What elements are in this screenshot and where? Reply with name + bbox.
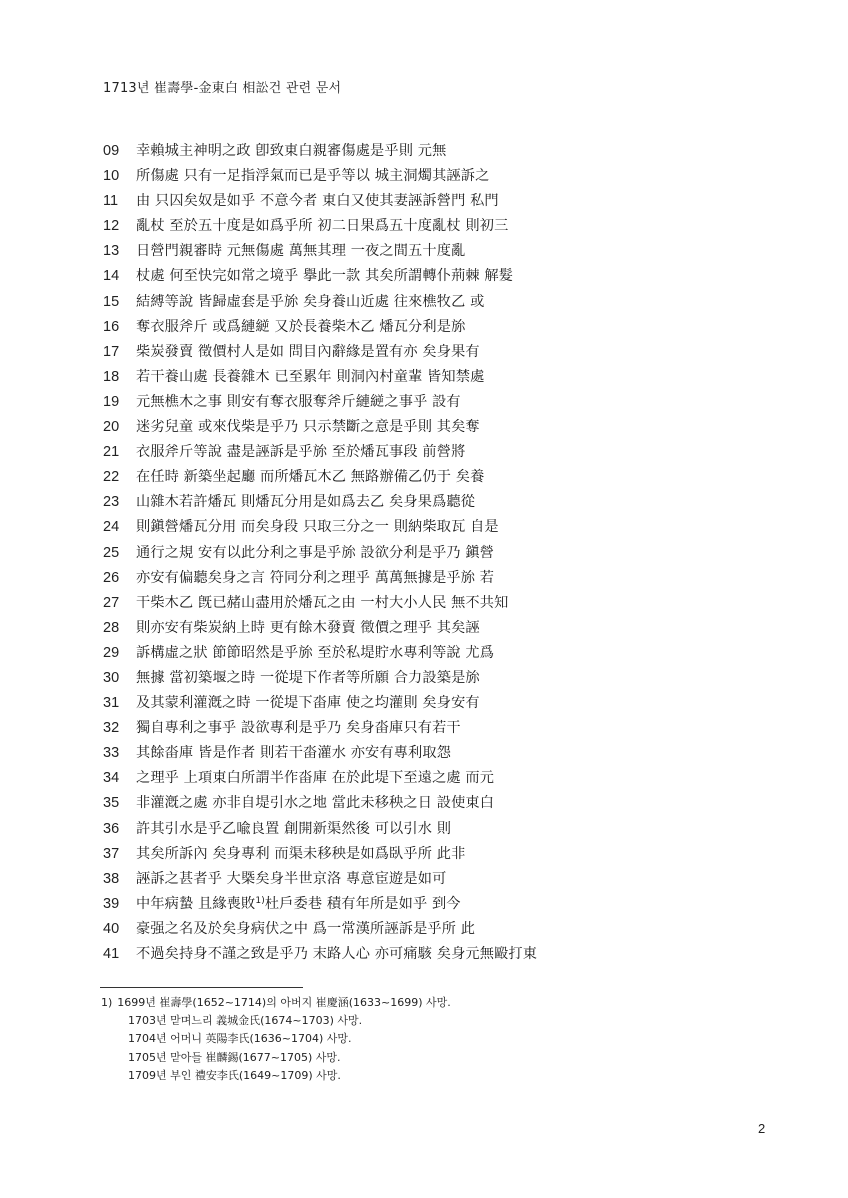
line-number: 12 [103,214,136,239]
text-line: 14杖處 何至快完如常之境乎 擧此一款 其矣所謂轉仆荊棘 解髮 [103,264,743,289]
line-text: 在任時 新築坐起廳 而所燔瓦木乙 無路辦備乙仍于 矣養 [136,465,484,490]
page-number: 2 [758,1121,765,1136]
line-text: 不過矣持身不謹之致是乎乃 末路人心 亦可痛駭 矣身元無毆打東 [136,942,537,967]
text-line: 13日營門親審時 元無傷處 萬無其理 一夜之間五十度亂 [103,239,743,264]
footnotes: 1)1699년 崔壽學(1652~1714)의 아버지 崔慶涵(1633~169… [101,994,451,1085]
line-text: 由 只囚矣奴是如乎 不意今者 東白又使其妻誣訴營門 私門 [136,189,499,214]
footnote-entry: 1705년 맏아들 崔麟錫(1677~1705) 사망. [101,1049,451,1067]
footnote-text: 1699년 崔壽學(1652~1714)의 아버지 崔慶涵(1633~1699)… [117,996,450,1009]
text-line: 31及其蒙利灌漑之時 一從堤下畓庫 使之均灌則 矣身安有 [103,691,743,716]
line-number: 09 [103,139,136,164]
line-text: 中年病蟄 且緣喪敗1)杜戶委巷 積有年所是如乎 到今 [136,892,461,917]
line-number: 16 [103,315,136,340]
text-line: 27干柴木乙 旣已赭山盡用於燔瓦之由 一村大小人民 無不共知 [103,591,743,616]
line-number: 21 [103,440,136,465]
line-text: 元無樵木之事 則安有奪衣服奪斧斤縺縌之事乎 設有 [136,390,461,415]
line-number: 11 [103,189,136,214]
line-text: 之理乎 上項東白所謂半作畓庫 在於此堤下至遠之處 而元 [136,766,494,791]
line-text: 幸賴城主神明之政 卽致東白親審傷處是乎則 元無 [136,139,446,164]
line-text: 干柴木乙 旣已赭山盡用於燔瓦之由 一村大小人民 無不共知 [136,591,508,616]
document-header: 1713년 崔壽學-金東白 相訟건 관련 문서 [103,77,341,96]
footnote-reference[interactable]: 1) [255,896,265,906]
text-line: 24則鎭營燔瓦分用 而矣身段 只取三分之一 則納柴取瓦 自是 [103,515,743,540]
line-text: 亦安有偏聽矣身之言 符同分利之理乎 萬萬無據是乎旀 若 [136,566,494,591]
line-text: 非灌漑之處 亦非自堤引水之地 當此未移秧之日 設使東白 [136,791,494,816]
line-text: 奪衣服斧斤 或爲縺縌 又於長養柴木乙 燔瓦分利是旀 [136,315,465,340]
line-number: 10 [103,164,136,189]
text-line: 30無據 當初築堰之時 一從堤下作者等所願 合力設築是旀 [103,666,743,691]
line-number: 34 [103,766,136,791]
line-number: 18 [103,365,136,390]
line-text: 則鎭營燔瓦分用 而矣身段 只取三分之一 則納柴取瓦 自是 [136,515,499,540]
line-number: 41 [103,942,136,967]
text-line: 09幸賴城主神明之政 卽致東白親審傷處是乎則 元無 [103,139,743,164]
line-number: 38 [103,867,136,892]
footnote-separator [100,987,303,988]
line-number: 33 [103,741,136,766]
line-number: 30 [103,666,136,691]
text-line-with-footnote: 39中年病蟄 且緣喪敗1)杜戶委巷 積有年所是如乎 到今 [103,892,743,917]
footnote-entry: 1)1699년 崔壽學(1652~1714)의 아버지 崔慶涵(1633~169… [101,994,451,1012]
line-number: 14 [103,264,136,289]
line-text: 豪强之名及於矣身病伏之中 爲一常漢所誣訴是乎所 此 [136,917,475,942]
text-line: 18若干養山處 長養雜木 已至累年 則洞內村童輩 皆知禁處 [103,365,743,390]
line-number: 31 [103,691,136,716]
line-number: 37 [103,842,136,867]
line-text: 其矣所訴內 矣身專利 而渠未移秧是如爲臥乎所 此非 [136,842,465,867]
line-number: 13 [103,239,136,264]
text-line: 22在任時 新築坐起廳 而所燔瓦木乙 無路辦備乙仍于 矣養 [103,465,743,490]
line-text: 柴炭發賣 徵價村人是如 問目內辭緣是置有亦 矣身果有 [136,340,480,365]
line-text: 杖處 何至快完如常之境乎 擧此一款 其矣所謂轉仆荊棘 解髮 [136,264,513,289]
text-line: 40豪强之名及於矣身病伏之中 爲一常漢所誣訴是乎所 此 [103,917,743,942]
line-text: 日營門親審時 元無傷處 萬無其理 一夜之間五十度亂 [136,239,465,264]
line-number: 24 [103,515,136,540]
line-number: 28 [103,616,136,641]
footnote-marker: 1) [101,996,112,1009]
text-line: 35非灌漑之處 亦非自堤引水之地 當此未移秧之日 設使東白 [103,791,743,816]
line-number: 15 [103,290,136,315]
line-number: 17 [103,340,136,365]
line-number: 20 [103,415,136,440]
text-line: 17柴炭發賣 徵價村人是如 問目內辭緣是置有亦 矣身果有 [103,340,743,365]
text-line: 25通行之規 安有以此分利之事是乎旀 設欲分利是乎乃 鎭營 [103,541,743,566]
text-line: 23山雜木若許燔瓦 則燔瓦分用是如爲去乙 矣身果爲聽從 [103,490,743,515]
line-text: 無據 當初築堰之時 一從堤下作者等所願 合力設築是旀 [136,666,480,691]
text-line: 36許其引水是乎乙喩良置 創開新渠然後 可以引水 則 [103,817,743,842]
text-line: 41不過矣持身不謹之致是乎乃 末路人心 亦可痛駭 矣身元無毆打東 [103,942,743,967]
transcription-body: 09幸賴城主神明之政 卽致東白親審傷處是乎則 元無 10所傷處 只有一足指浮氣而… [103,139,743,967]
line-number: 40 [103,917,136,942]
line-text: 衣服斧斤等說 盡是誣訴是乎旀 至於燔瓦事段 前營將 [136,440,465,465]
line-text: 結縛等說 皆歸虛套是乎旀 矣身養山近處 往來樵牧乙 或 [136,290,484,315]
line-number: 19 [103,390,136,415]
line-text: 迷劣兒童 或來伐柴是乎乃 只示禁斷之意是乎則 其矣奪 [136,415,480,440]
line-text: 其餘畓庫 皆是作者 則若干畓灌水 亦安有專利取怨 [136,741,451,766]
line-number: 27 [103,591,136,616]
line-text-before-ref: 中年病蟄 且緣喪敗 [136,896,255,912]
text-line: 26亦安有偏聽矣身之言 符同分利之理乎 萬萬無據是乎旀 若 [103,566,743,591]
text-line: 29訴構虛之狀 節節昭然是乎旀 至於私堤貯水專利等說 尤爲 [103,641,743,666]
line-number: 32 [103,716,136,741]
line-text: 山雜木若許燔瓦 則燔瓦分用是如爲去乙 矣身果爲聽從 [136,490,475,515]
line-text: 及其蒙利灌漑之時 一從堤下畓庫 使之均灌則 矣身安有 [136,691,480,716]
footnote-entry: 1704년 어머니 英陽李氏(1636~1704) 사망. [101,1030,451,1048]
text-line: 10所傷處 只有一足指浮氣而已是乎等以 城主洞燭其誣訴之 [103,164,743,189]
line-number: 35 [103,791,136,816]
text-line: 32獨自專利之事乎 設欲專利是乎乃 矣身畓庫只有若干 [103,716,743,741]
text-line: 21衣服斧斤等說 盡是誣訴是乎旀 至於燔瓦事段 前營將 [103,440,743,465]
line-number: 23 [103,490,136,515]
text-line: 28則亦安有柴炭納上時 更有餘木發賣 徵價之理乎 其矣誣 [103,616,743,641]
text-line: 11由 只囚矣奴是如乎 不意今者 東白又使其妻誣訴營門 私門 [103,189,743,214]
line-text: 誣訴之甚者乎 大槩矣身半世京洛 專意宦遊是如可 [136,867,446,892]
line-number: 36 [103,817,136,842]
line-number: 39 [103,892,136,917]
line-number: 22 [103,465,136,490]
line-text: 訴構虛之狀 節節昭然是乎旀 至於私堤貯水專利等說 尤爲 [136,641,494,666]
line-text: 若干養山處 長養雜木 已至累年 則洞內村童輩 皆知禁處 [136,365,484,390]
line-text: 所傷處 只有一足指浮氣而已是乎等以 城主洞燭其誣訴之 [136,164,489,189]
text-line: 15結縛等說 皆歸虛套是乎旀 矣身養山近處 往來樵牧乙 或 [103,290,743,315]
line-number: 26 [103,566,136,591]
text-line: 20迷劣兒童 或來伐柴是乎乃 只示禁斷之意是乎則 其矣奪 [103,415,743,440]
text-line: 33其餘畓庫 皆是作者 則若干畓灌水 亦安有專利取怨 [103,741,743,766]
line-text: 許其引水是乎乙喩良置 創開新渠然後 可以引水 則 [136,817,451,842]
line-number: 25 [103,541,136,566]
line-text: 獨自專利之事乎 設欲專利是乎乃 矣身畓庫只有若干 [136,716,461,741]
text-line: 34之理乎 上項東白所謂半作畓庫 在於此堤下至遠之處 而元 [103,766,743,791]
text-line: 37其矣所訴內 矣身專利 而渠未移秧是如爲臥乎所 此非 [103,842,743,867]
text-line: 19元無樵木之事 則安有奪衣服奪斧斤縺縌之事乎 設有 [103,390,743,415]
line-text: 則亦安有柴炭納上時 更有餘木發賣 徵價之理乎 其矣誣 [136,616,480,641]
text-line: 38誣訴之甚者乎 大槩矣身半世京洛 專意宦遊是如可 [103,867,743,892]
line-number: 29 [103,641,136,666]
text-line: 12亂杖 至於五十度是如爲乎所 初二日果爲五十度亂杖 則初三 [103,214,743,239]
text-line: 16奪衣服斧斤 或爲縺縌 又於長養柴木乙 燔瓦分利是旀 [103,315,743,340]
line-text: 亂杖 至於五十度是如爲乎所 初二日果爲五十度亂杖 則初三 [136,214,508,239]
line-text-after-ref: 杜戶委巷 積有年所是如乎 到今 [265,896,461,912]
line-text: 通行之規 安有以此分利之事是乎旀 設欲分利是乎乃 鎭營 [136,541,494,566]
footnote-entry: 1709년 부인 禮安李氏(1649~1709) 사망. [101,1067,451,1085]
footnote-entry: 1703년 맏며느리 義城金氏(1674~1703) 사망. [101,1012,451,1030]
